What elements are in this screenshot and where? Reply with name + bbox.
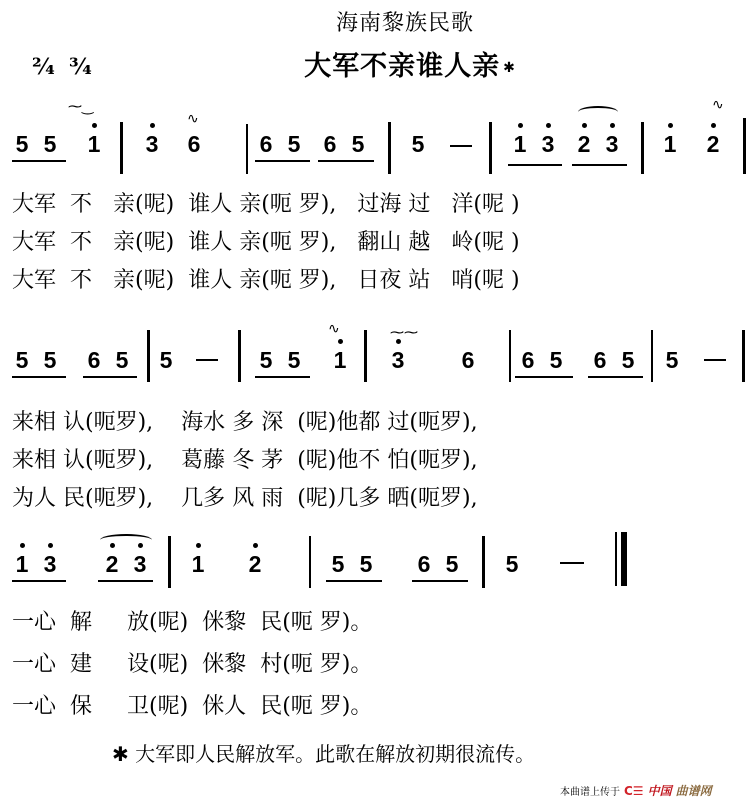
note-high: 1 [332, 348, 348, 372]
note: 5 [258, 348, 274, 372]
underline-beam [12, 160, 66, 162]
note: 5 [42, 348, 58, 372]
lyric-verse-3: 大军 不 亲(呢) 谁人 亲(呃 罗), 日夜 站 哨(呢 ) [12, 268, 520, 294]
note: 6 [592, 348, 608, 372]
barline [364, 330, 367, 382]
note-high: 1 [190, 552, 206, 576]
time-signature-2-4: ²⁄₄ [32, 54, 55, 80]
site-logo-icon: C☰ [624, 784, 644, 798]
underline-beam [12, 376, 66, 378]
note: 5 [664, 348, 680, 372]
final-barline-thick [621, 532, 627, 586]
tie-slur [100, 534, 152, 546]
note-high: 3 [144, 132, 160, 156]
note: 6 [258, 132, 274, 156]
note: 5 [14, 132, 30, 156]
site-name-part1[interactable]: 中国 [648, 782, 672, 799]
note: 5 [14, 348, 30, 372]
song-title: 大军不亲谁人亲✱ [0, 44, 750, 83]
note: 5 [444, 552, 460, 576]
note-high: 3 [604, 132, 620, 156]
note-high: 1 [14, 552, 30, 576]
note-high: 3 [42, 552, 58, 576]
note: 6 [416, 552, 432, 576]
lyric-verse-1: 一心 解 放(呢) 侎黎 民(呃 罗)。 [12, 610, 372, 636]
note: 6 [86, 348, 102, 372]
lyric-verse-1: 来相 认(呃罗), 海水 多 深 (呢)他都 过(呃罗), [12, 410, 478, 436]
barline [742, 330, 745, 382]
lyric-verse-2: 一心 建 设(呢) 侎黎 村(呃 罗)。 [12, 652, 372, 678]
barline [641, 122, 644, 174]
note: 5 [358, 552, 374, 576]
upload-credit: 本曲谱上传于 C☰ 中国曲谱网 [560, 782, 712, 799]
song-subtitle: 海南黎族民歌 [0, 6, 750, 37]
underline-beam [12, 580, 66, 582]
barline [238, 330, 241, 382]
note: 5 [286, 132, 302, 156]
footnote-marker-icon: ✱ [503, 60, 516, 76]
underline-beam [98, 580, 153, 582]
barline [743, 118, 746, 174]
barline [388, 122, 391, 174]
lyric-verse-2: 来相 认(呃罗), 葛藤 冬 茅 (呢)他不 怕(呃罗), [12, 448, 478, 474]
note: 5 [548, 348, 564, 372]
note: 6 [322, 132, 338, 156]
dash-extension [704, 359, 726, 361]
ornament-icon: ∿ [187, 112, 199, 126]
underline-beam [572, 164, 627, 166]
barline [482, 536, 485, 588]
lyric-verse-3: 一心 保 卫(呢) 侎人 民(呃 罗)。 [12, 694, 372, 720]
underline-beam [255, 376, 310, 378]
note: 5 [42, 132, 58, 156]
ornament-icon: ∿ [712, 98, 724, 112]
note-high: 3 [132, 552, 148, 576]
note: 6 [460, 348, 476, 372]
lyric-verse-1: 大军 不 亲(呢) 谁人 亲(呃 罗), 过海 过 洋(呢 ) [12, 192, 520, 218]
note: 5 [410, 132, 426, 156]
song-title-text: 大军不亲谁人亲 [304, 51, 500, 82]
note-high: 2 [705, 132, 721, 156]
underline-beam [326, 580, 382, 582]
ornament-icon: ⁓‿ [68, 100, 93, 114]
note-high: 1 [512, 132, 528, 156]
note-high: 3 [540, 132, 556, 156]
note-high: 2 [247, 552, 263, 576]
note-high: 1 [86, 132, 102, 156]
lyric-verse-2: 大军 不 亲(呢) 谁人 亲(呃 罗), 翻山 越 岭(呢 ) [12, 230, 520, 256]
note-high: 1 [662, 132, 678, 156]
underline-beam [508, 164, 562, 166]
tie-slur [578, 106, 618, 118]
barline [651, 330, 653, 382]
time-signatures: ²⁄₄³⁄₄ [32, 54, 106, 80]
underline-beam [83, 376, 137, 378]
note: 5 [504, 552, 520, 576]
note: 5 [286, 348, 302, 372]
barline [309, 536, 311, 588]
underline-beam [412, 580, 468, 582]
underline-beam [255, 160, 310, 162]
ornament-icon: ∿ [328, 322, 340, 336]
dash-extension [450, 145, 472, 147]
dash-extension [560, 562, 584, 564]
underline-beam [588, 376, 643, 378]
dash-extension [196, 359, 218, 361]
footnote: ✱ 大军即人民解放军。此歌在解放初期很流传。 [112, 738, 535, 767]
underline-beam [318, 160, 374, 162]
note: 5 [330, 552, 346, 576]
final-barline-thin [615, 532, 617, 586]
barline [246, 124, 248, 174]
note: 6 [520, 348, 536, 372]
time-signature-3-4: ³⁄₄ [69, 54, 92, 80]
note: 5 [158, 348, 174, 372]
ornament-icon: ⁓⁓ [390, 326, 418, 340]
underline-beam [515, 376, 573, 378]
lyric-verse-3: 为人 民(呃罗), 几多 风 雨 (呢)几多 晒(呃罗), [12, 486, 478, 512]
upload-label: 本曲谱上传于 [560, 783, 620, 798]
note-high: 2 [104, 552, 120, 576]
note: 5 [114, 348, 130, 372]
barline [168, 536, 171, 588]
barline [509, 330, 511, 382]
note: 5 [350, 132, 366, 156]
barline [120, 122, 123, 174]
barline [489, 122, 492, 174]
note: 5 [620, 348, 636, 372]
note-high: 3 [390, 348, 406, 372]
barline [147, 330, 150, 382]
note-high: 2 [576, 132, 592, 156]
site-name-part2[interactable]: 曲谱网 [676, 782, 712, 799]
note: 6 [186, 132, 202, 156]
